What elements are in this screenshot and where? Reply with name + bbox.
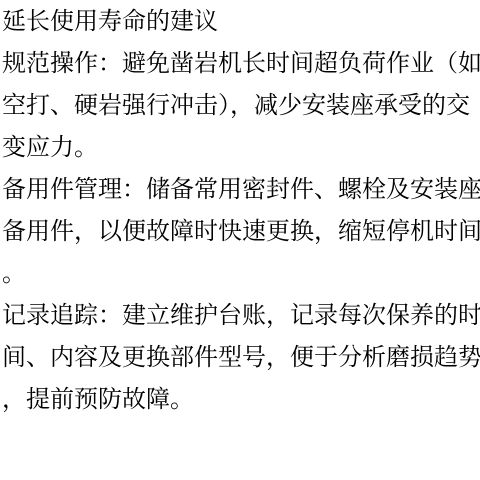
text-line: ，提前预防故障。 — [2, 379, 480, 421]
text-line: 记录追踪：建立维护台账，记录每次保养的时 — [2, 295, 480, 337]
text-line: 。 — [2, 253, 480, 295]
text-line: 间、内容及更换部件型号，便于分析磨损趋势 — [2, 337, 480, 379]
text-line: 变应力。 — [2, 127, 480, 169]
text-line: 备用件管理：储备常用密封件、螺栓及安装座 — [2, 169, 480, 211]
text-line: 空打、硬岩强行冲击），减少安装座承受的交 — [2, 85, 480, 127]
page: { "document": { "background_color": "#ff… — [0, 0, 480, 480]
text-document: 延长使用寿命的建议 规范操作：避免凿岩机长时间超负荷作业（如 空打、硬岩强行冲击… — [0, 0, 480, 421]
text-line: 规范操作：避免凿岩机长时间超负荷作业（如 — [2, 43, 480, 85]
text-line: 备用件，以便故障时快速更换，缩短停机时间 — [2, 211, 480, 253]
text-line: 延长使用寿命的建议 — [2, 1, 480, 43]
